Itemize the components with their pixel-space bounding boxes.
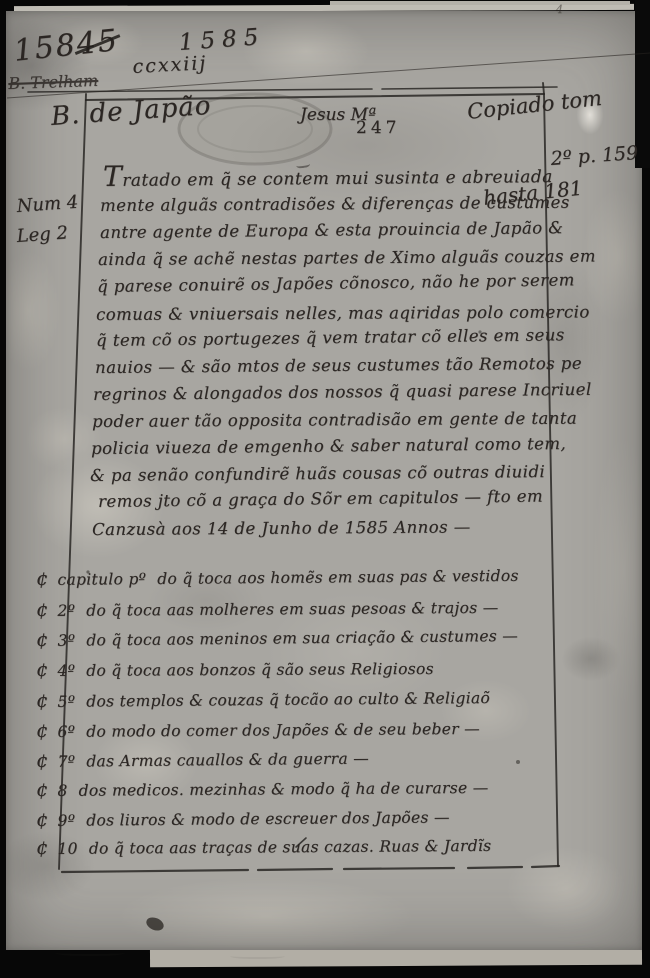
chapter-text: dos templos & couzas q̃ tocão ao culto &… [86, 689, 490, 711]
chapter-row: ¢capitulo pºdo q̃ toca aos homẽs em suas… [36, 564, 519, 590]
chapter-text: do q̃ toca aos homẽs em suas pas & vesti… [157, 567, 519, 588]
chapter-number: 10 [57, 840, 77, 858]
margin-note-num: Num 4 [16, 192, 79, 217]
paragraph-mark: ¢ [36, 659, 49, 681]
chapter-row: ¢5ºdos templos & couzas q̃ tocão ao cult… [36, 686, 490, 712]
page-edge-top-right [330, 1, 630, 5]
paragraph-mark: ¢ [36, 629, 49, 651]
treatise-line: Tratado em q̃ se contem mui susinta e ab… [103, 162, 553, 191]
paragraph-mark: ¢ [36, 599, 49, 621]
chapter-number: 5º [57, 693, 75, 711]
faded-scribble [230, 952, 285, 959]
paragraph-mark: ¢ [36, 779, 49, 801]
treatise-line: poder auer tão opposita contradisão em g… [92, 409, 577, 431]
chapter-text: das Armas cauallos & da guerra — [86, 750, 369, 771]
paragraph-mark: ¢ [36, 837, 49, 859]
chapter-row: ¢4ºdo q̃ toca aos bonzos q̃ são seus Rel… [36, 657, 434, 681]
paragraph-mark: ¢ [36, 750, 49, 772]
chapter-row: ¢6ºdo modo do comer dos Japões & de seu … [36, 717, 480, 742]
paragraph-mark: ¢ [36, 690, 49, 712]
chapter-number: capitulo pº [57, 570, 146, 589]
faded-scribble [55, 948, 125, 956]
manuscript-scan: { "manuscript": { "marginalia": { "year_… [0, 0, 650, 978]
chapter-row: ¢2ºdo q̃ toca aas molheres em suas pesoa… [36, 596, 499, 621]
chapter-number: 6º [57, 723, 75, 741]
treatise-line: comuas & vniuersais nelles, mas aqiridas… [96, 302, 590, 324]
chapter-text: do q̃ toca aos bonzos q̃ são seus Religi… [86, 660, 434, 680]
treatise-line: ainda q̃ se achẽ nestas partes de Ximo a… [98, 247, 596, 269]
treatise-line: & pa senão confundirẽ huãs cousas cõ out… [90, 462, 545, 485]
chapter-text: do q̃ toca aas traças de suas cazas. Rua… [89, 837, 492, 858]
chapter-number: 7º [57, 753, 75, 771]
struck-year-prefix: 158 [12, 27, 79, 68]
corner-mark: 4 [556, 3, 563, 16]
chapter-number: 2º [57, 602, 75, 620]
chapter-row: ¢9ºdos liuros & modo de escreuer dos Jap… [36, 805, 450, 831]
chapter-text: dos medicos. mezinhas & modo q̃ ha de cu… [79, 779, 489, 800]
folio-number: 247 [356, 118, 400, 138]
chapter-number: 4º [57, 662, 75, 680]
treatise-line: Canzusà aos 14 de Junho de 1585 Annos — [92, 517, 471, 539]
chapter-text: dos liuros & modo de escreuer dos Japões… [86, 808, 450, 829]
chapter-number: 8 [57, 782, 67, 800]
chapter-text: do q̃ toca aas molheres em suas pesoas &… [86, 599, 498, 620]
chapter-number: 3º [57, 632, 75, 650]
chapter-row: ¢10do q̃ toca aas traças de suas cazas. … [36, 834, 491, 859]
margin-note-leg: Leg 2 [16, 222, 69, 247]
paragraph-mark: ¢ [36, 720, 49, 742]
paragraph-mark: ¢ [36, 809, 49, 831]
chapter-text: do modo do comer dos Japões & de seu beb… [86, 720, 480, 741]
paragraph-mark: ¢ [36, 568, 49, 590]
treatise-line: mente alguãs contradisões & diferenças d… [100, 193, 570, 215]
chapter-text: do q̃ toca aos meninos em sua criação & … [86, 627, 518, 650]
chapter-row: ¢7ºdas Armas cauallos & da guerra — [36, 747, 369, 772]
chapter-number: 9º [57, 812, 75, 830]
struck-year-suffix: 45 [75, 23, 121, 62]
chapter-row: ¢8dos medicos. mezinhas & modo q̃ ha de … [36, 776, 489, 801]
